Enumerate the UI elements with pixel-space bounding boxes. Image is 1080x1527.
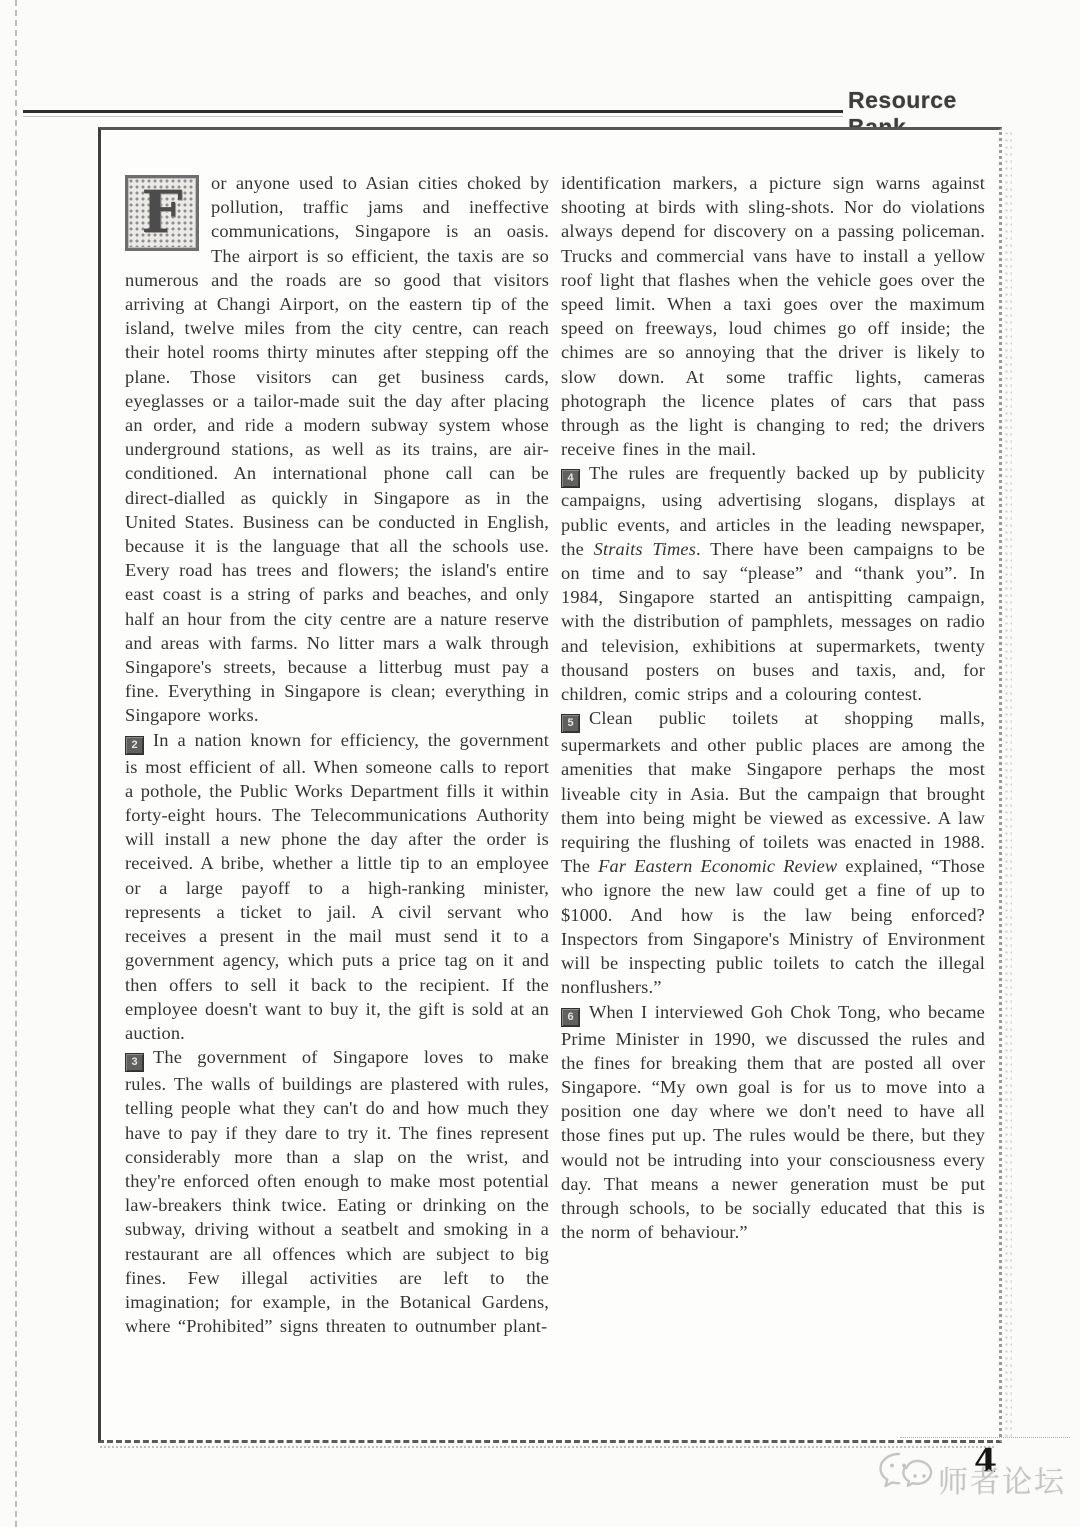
left-column: For anyone used to Asian cities choked b… xyxy=(125,171,549,1338)
paragraph-6-number-icon: 6 xyxy=(561,1008,580,1027)
paragraph-1-text: or anyone used to Asian cities choked by… xyxy=(125,173,549,725)
paragraph-5-number-icon: 5 xyxy=(561,714,580,733)
watermark-text: 师者论坛 xyxy=(938,1457,1066,1501)
paragraph-5: 5Clean public toilets at shopping malls,… xyxy=(561,706,985,999)
header-rule xyxy=(23,110,843,113)
paragraph-5-italic-title: Far Eastern Economic Review xyxy=(598,856,837,876)
paragraph-2-text: In a nation known for efficiency, the go… xyxy=(125,730,549,1043)
scan-border-residue xyxy=(100,1446,994,1448)
paragraph-1: For anyone used to Asian cities choked b… xyxy=(125,171,549,728)
paragraph-2: 2In a nation known for efficiency, the g… xyxy=(125,728,549,1045)
paragraph-3-number-icon: 3 xyxy=(125,1053,144,1072)
paragraph-5-text-b: explained, “Those who ignore the new law… xyxy=(561,856,985,997)
watermark: 师者论坛 xyxy=(878,1449,1068,1501)
right-column: identification markers, a picture sign w… xyxy=(561,171,985,1244)
paragraph-3: 3The government of Singapore loves to ma… xyxy=(125,1045,549,1338)
paragraph-4-text-b: . There have been campaigns to be on tim… xyxy=(561,539,985,704)
article-frame: For anyone used to Asian cities choked b… xyxy=(98,127,1002,1443)
scan-footer-specks xyxy=(900,1437,1070,1438)
paragraph-3-continued-text: identification markers, a picture sign w… xyxy=(561,173,985,459)
paragraph-3-continued: identification markers, a picture sign w… xyxy=(561,171,985,461)
paragraph-3-text: The government of Singapore loves to mak… xyxy=(125,1047,549,1336)
paragraph-4: 4The rules are frequently backed up by p… xyxy=(561,461,985,706)
scanned-book-page: Resource Bank For anyone used to Asian c… xyxy=(0,0,1080,1527)
paragraph-2-number-icon: 2 xyxy=(125,736,144,755)
paragraph-5-text-a: Clean public toilets at shopping malls, … xyxy=(561,708,985,876)
paragraph-4-number-icon: 4 xyxy=(561,469,580,488)
paragraph-6-text: When I interviewed Goh Chok Tong, who be… xyxy=(561,1002,985,1243)
header-rule-shadow xyxy=(23,116,843,117)
paragraph-4-italic-title: Straits Times xyxy=(594,539,696,559)
paragraph-6: 6When I interviewed Goh Chok Tong, who b… xyxy=(561,1000,985,1245)
drop-cap-letter: F xyxy=(125,175,199,251)
wechat-icon xyxy=(878,1451,934,1499)
scan-binding-edge xyxy=(15,0,17,1527)
scan-right-texture xyxy=(1004,130,1012,1437)
